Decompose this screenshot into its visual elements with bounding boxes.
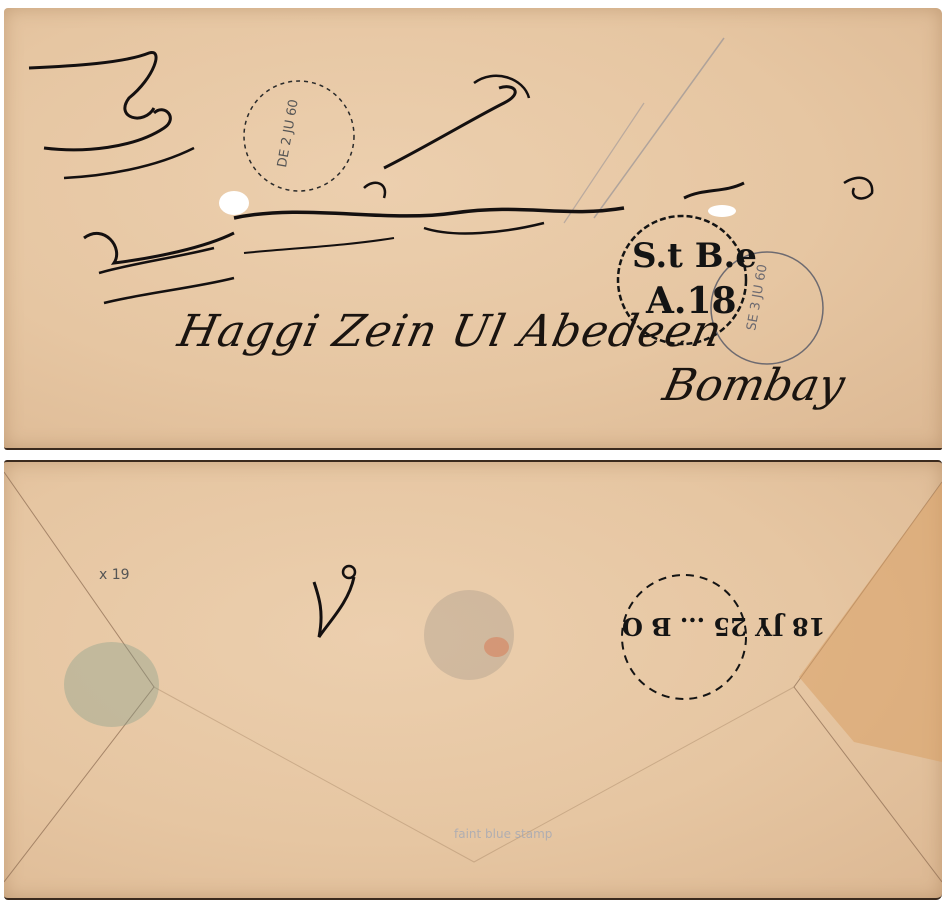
- addressee-name: Haggi Zein Ul Abedeen: [174, 306, 728, 357]
- faint-blue-stamp: faint blue stamp: [454, 827, 552, 841]
- pencil-note: x 19: [99, 567, 130, 583]
- envelope-front: S.t B.e A.18 SE 3 JU 60 DE 2 JU 60 Haggi…: [4, 8, 942, 450]
- address-city: Bombay: [659, 360, 850, 411]
- postmark-line-1: S.t B.e: [632, 236, 757, 276]
- red-wax-fragment: [484, 637, 509, 657]
- envelope-back: 18 JY 25 ... B O x 19 faint blue stamp: [4, 460, 942, 900]
- wax-seal-residue-left: [64, 642, 159, 727]
- backstamp-text: 18 JY 25 ... B O: [622, 612, 825, 641]
- wax-seal-residue-center: [424, 590, 514, 680]
